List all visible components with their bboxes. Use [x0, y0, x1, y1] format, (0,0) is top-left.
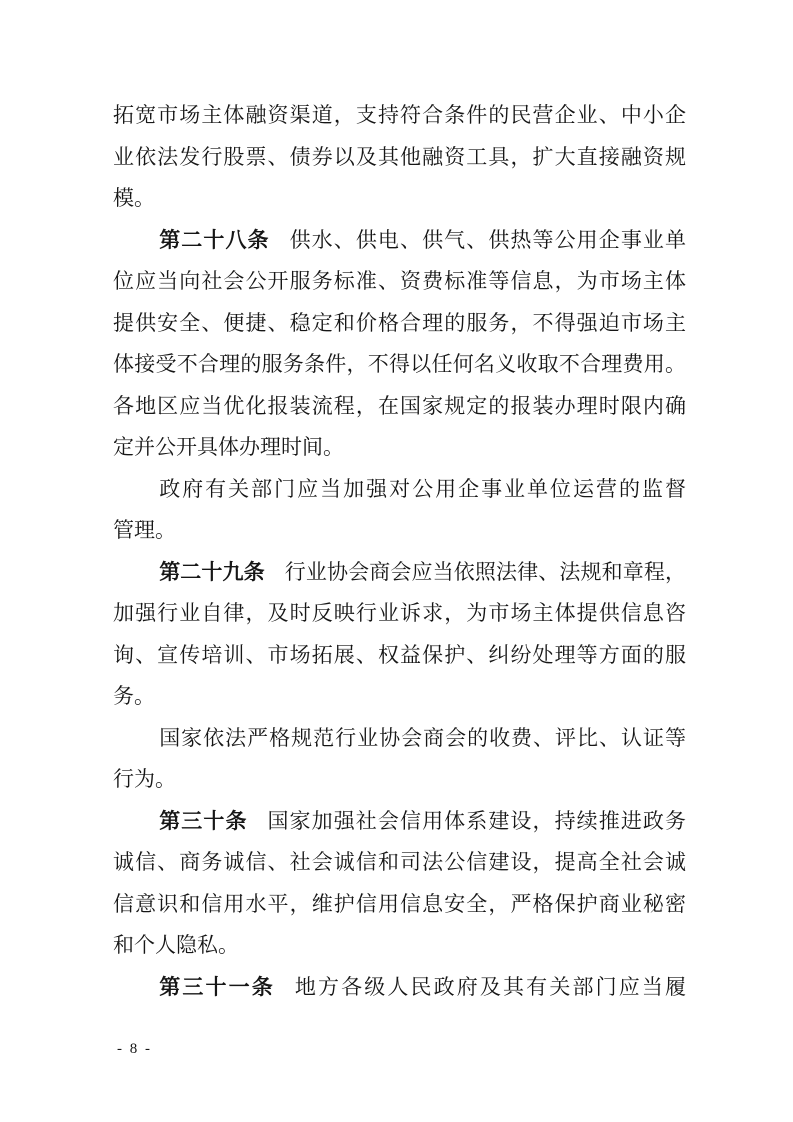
article-number: 第三十条 — [159, 809, 247, 833]
text-line: 位应当向社会公开服务标准、资费标准等信息，为市场主体 — [113, 261, 686, 303]
text-line: 各地区应当优化报装流程，在国家规定的报装办理时限内确 — [113, 386, 686, 428]
line-text: 地方各级人民政府及其有关部门应当履 — [295, 975, 686, 999]
article-heading-line: 第三十一条地方各级人民政府及其有关部门应当履 — [113, 967, 686, 1009]
text-line: 加强行业自律，及时反映行业诉求，为市场主体提供信息咨 — [113, 593, 686, 635]
text-line: 政府有关部门应当加强对公用企事业单位运营的监督 — [113, 469, 686, 511]
text-line: 务。 — [113, 676, 686, 718]
text-line: 行为。 — [113, 759, 686, 801]
line-text: 行业协会商会应当依照法律、法规和章程， — [285, 560, 686, 584]
text-line: 信意识和信用水平，维护信用信息安全，严格保护商业秘密 — [113, 884, 686, 926]
text-line: 体接受不合理的服务条件，不得以任何名义收取不合理费用。 — [113, 344, 686, 386]
text-line: 提供安全、便捷、稳定和价格合理的服务，不得强迫市场主 — [113, 303, 686, 345]
text-line: 询、宣传培训、市场拓展、权益保护、纠纷处理等方面的服 — [113, 635, 686, 677]
article-heading-line: 第二十八条供水、供电、供气、供热等公用企事业单 — [113, 220, 686, 262]
text-line: 模。 — [113, 178, 686, 220]
text-line: 和个人隐私。 — [113, 925, 686, 967]
page-number-footer: - 8 - — [117, 1041, 152, 1058]
article-heading-line: 第三十条国家加强社会信用体系建设，持续推进政务 — [113, 801, 686, 843]
text-line: 国家依法严格规范行业协会商会的收费、评比、认证等 — [113, 718, 686, 760]
text-line: 诚信、商务诚信、社会诚信和司法公信建设，提高全社会诚 — [113, 842, 686, 884]
article-number: 第二十八条 — [159, 228, 269, 252]
line-text: 国家加强社会信用体系建设，持续推进政务 — [267, 809, 686, 833]
text-line: 拓宽市场主体融资渠道，支持符合条件的民营企业、中小企 — [113, 95, 686, 137]
document-body: 拓宽市场主体融资渠道，支持符合条件的民营企业、中小企业依法发行股票、债券以及其他… — [113, 95, 686, 1008]
article-number: 第二十九条 — [159, 560, 265, 584]
document-page: 拓宽市场主体融资渠道，支持符合条件的民营企业、中小企业依法发行股票、债券以及其他… — [0, 0, 793, 1122]
article-number: 第三十一条 — [159, 975, 275, 999]
article-heading-line: 第二十九条行业协会商会应当依照法律、法规和章程， — [113, 552, 686, 594]
text-line: 管理。 — [113, 510, 686, 552]
text-line: 业依法发行股票、债券以及其他融资工具，扩大直接融资规 — [113, 137, 686, 179]
text-line: 定并公开具体办理时间。 — [113, 427, 686, 469]
line-text: 供水、供电、供气、供热等公用企事业单 — [290, 228, 686, 252]
